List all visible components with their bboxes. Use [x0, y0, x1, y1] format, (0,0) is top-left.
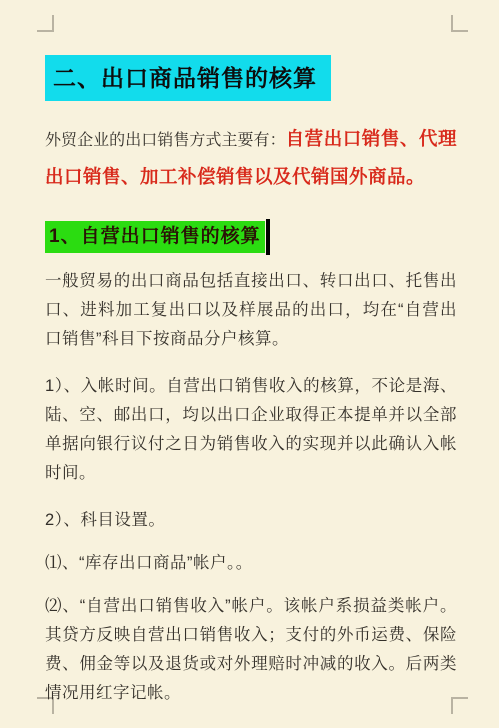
document-content: 二、出口商品销售的核算 外贸企业的出口销售方式主要有：自营出口销售、代理出口销售…: [45, 55, 457, 708]
crop-mark-top-left: [37, 15, 54, 32]
crop-mark-top-right: [451, 15, 468, 32]
subsection-heading: 1、自营出口销售的核算: [45, 221, 265, 253]
paragraph-subject-setting: 2）、科目设置。: [45, 506, 457, 535]
paragraph-inventory-account: ⑴、“库存出口商品”帐户。。: [45, 549, 457, 578]
document-page: 二、出口商品销售的核算 外贸企业的出口销售方式主要有：自营出口销售、代理出口销售…: [0, 0, 499, 728]
section-heading-row: 二、出口商品销售的核算: [45, 55, 457, 101]
intro-prefix-text: 外贸企业的出口销售方式主要有：: [45, 132, 286, 149]
text-cursor: [266, 219, 270, 255]
section-heading: 二、出口商品销售的核算: [45, 55, 331, 101]
subsection-heading-row: 1、自营出口销售的核算: [45, 219, 457, 251]
paragraph-sales-income-account: ⑵、“自营出口销售收入”帐户。该帐户系损益类帐户。其贷方反映自营出口销售收入；支…: [45, 592, 457, 708]
paragraph-entry-time: 1）、入帐时间。自营出口销售收入的核算，不论是海、陆、空、邮出口，均以出口企业取…: [45, 372, 457, 488]
intro-paragraph: 外贸企业的出口销售方式主要有：自营出口销售、代理出口销售、加工补偿销售以及代销国…: [45, 121, 457, 197]
paragraph-general-trade: 一般贸易的出口商品包括直接出口、转口出口、托售出口、进料加工复出口以及样展品的出…: [45, 267, 457, 354]
